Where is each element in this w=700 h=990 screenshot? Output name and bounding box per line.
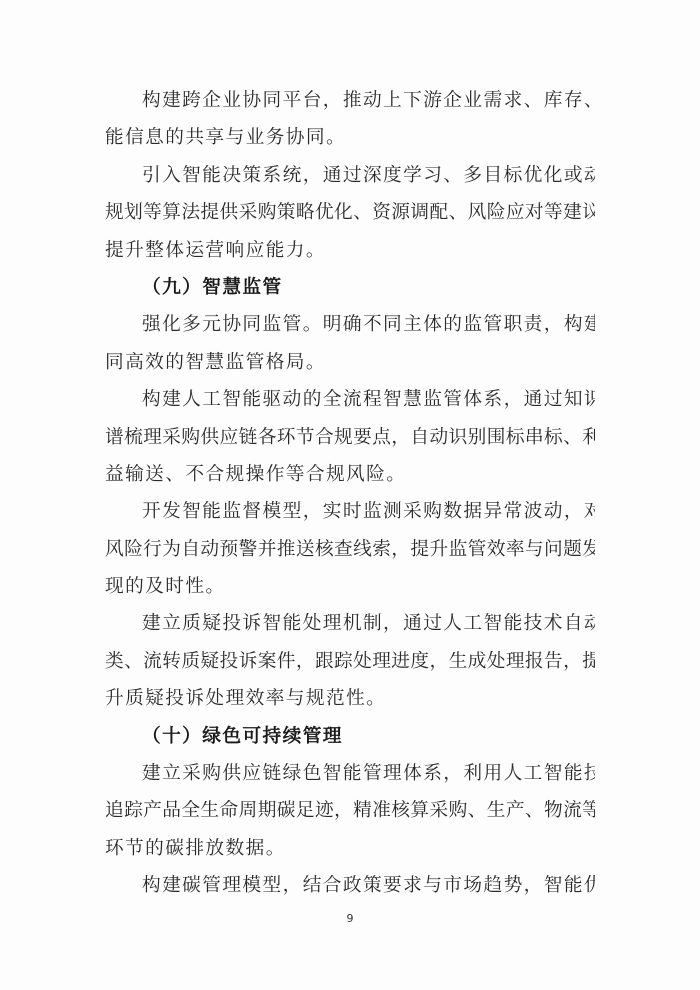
- paragraph-line: 强化多元协同监管。明确不同主体的监管职责，构建协: [105, 306, 595, 343]
- paragraph-line: 同高效的智慧监管格局。: [105, 344, 595, 381]
- paragraph-line: 追踪产品全生命周期碳足迹，精准核算采购、生产、物流等: [105, 792, 595, 829]
- paragraph-line: 建立采购供应链绿色智能管理体系，利用人工智能技术: [105, 755, 595, 792]
- paragraph-line: 升质疑投诉处理效率与规范性。: [105, 680, 595, 717]
- paragraph-line: 构建跨企业协同平台，推动上下游企业需求、库存、产: [105, 82, 595, 119]
- paragraph-line: 风险行为自动预警并推送核查线索，提升监管效率与问题发: [105, 531, 595, 568]
- section-heading: （九）智慧监管: [105, 269, 595, 306]
- section-heading: （十）绿色可持续管理: [105, 718, 595, 755]
- paragraph-line: 构建碳管理模型，结合政策要求与市场趋势，智能优化: [105, 867, 595, 904]
- paragraph-line: 谱梳理采购供应链各环节合规要点，自动识别围标串标、利: [105, 419, 595, 456]
- paragraph-line: 类、流转质疑投诉案件，跟踪处理进度，生成处理报告，提: [105, 643, 595, 680]
- paragraph-line: 提升整体运营响应能力。: [105, 232, 595, 269]
- paragraph-line: 能信息的共享与业务协同。: [105, 119, 595, 156]
- paragraph-line: 开发智能监督模型，实时监测采购数据异常波动，对高: [105, 493, 595, 530]
- document-body: 构建跨企业协同平台，推动上下游企业需求、库存、产 能信息的共享与业务协同。 引入…: [105, 82, 595, 905]
- paragraph-line: 现的及时性。: [105, 568, 595, 605]
- page-number: 9: [0, 912, 700, 925]
- document-page: 构建跨企业协同平台，推动上下游企业需求、库存、产 能信息的共享与业务协同。 引入…: [0, 0, 700, 990]
- paragraph-line: 引入智能决策系统，通过深度学习、多目标优化或动态: [105, 157, 595, 194]
- paragraph-line: 构建人工智能驱动的全流程智慧监管体系，通过知识图: [105, 381, 595, 418]
- paragraph-line: 环节的碳排放数据。: [105, 830, 595, 867]
- paragraph-line: 建立质疑投诉智能处理机制，通过人工智能技术自动分: [105, 605, 595, 642]
- paragraph-line: 规划等算法提供采购策略优化、资源调配、风险应对等建议，: [105, 194, 595, 231]
- paragraph-line: 益输送、不合规操作等合规风险。: [105, 456, 595, 493]
